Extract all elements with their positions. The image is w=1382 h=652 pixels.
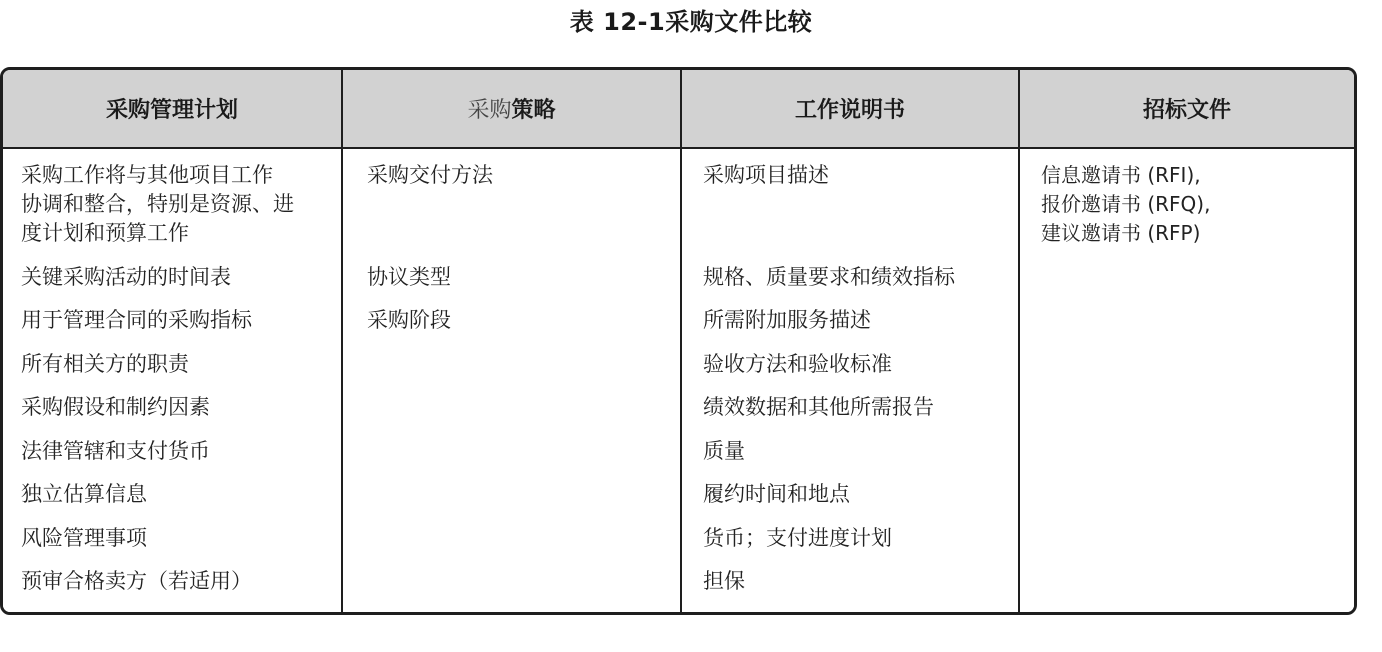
list-item: 采购假设和制约因素 xyxy=(21,393,341,422)
list-item: 绩效数据和其他所需报告 xyxy=(703,393,1018,422)
list-item: 采购阶段 xyxy=(367,306,680,335)
list-item-line: 采购工作将与其他项目工作 xyxy=(21,161,341,190)
header-procurement-strategy: 采购策略 xyxy=(343,70,682,149)
list-item-rfq: 报价邀请书 (RFQ), xyxy=(1041,190,1354,219)
list-item: 法律管辖和支付货币 xyxy=(21,437,341,466)
list-item: 用于管理合同的采购指标 xyxy=(21,306,341,335)
spacer xyxy=(703,248,1018,263)
list-item: 所有相关方的职责 xyxy=(21,350,341,379)
header-label: 采购管理计划 xyxy=(106,93,238,124)
column-statement-of-work: 采购项目描述 规格、质量要求和绩效指标 所需附加服务描述 验收方法和验收标准 绩… xyxy=(682,149,1020,612)
column-procurement-management-plan: 采购工作将与其他项目工作 协调和整合，特别是资源、进 度计划和预算工作 关键采购… xyxy=(3,149,343,612)
list-item: 担保 xyxy=(703,567,1018,596)
list-item: 规格、质量要求和绩效指标 xyxy=(703,263,1018,292)
list-item: 所需附加服务描述 xyxy=(703,306,1018,335)
spacer xyxy=(367,248,680,263)
column-bid-documents: 信息邀请书 (RFI), 报价邀请书 (RFQ), 建议邀请书 (RFP) xyxy=(1020,149,1354,612)
list-item: 独立估算信息 xyxy=(21,480,341,509)
list-item: 质量 xyxy=(703,437,1018,466)
list-item: 预审合格卖方（若适用） xyxy=(21,567,341,596)
list-item: 关键采购活动的时间表 xyxy=(21,263,341,292)
column-procurement-strategy: 采购交付方法 协议类型 采购阶段 xyxy=(343,149,682,612)
table-title: 表 12-1采购文件比较 xyxy=(0,2,1382,37)
list-item-line: 协调和整合，特别是资源、进 xyxy=(21,190,341,219)
header-statement-of-work: 工作说明书 xyxy=(682,70,1020,149)
list-item: 货币；支付进度计划 xyxy=(703,524,1018,553)
spacer xyxy=(703,205,1018,249)
list-item: 采购工作将与其他项目工作 协调和整合，特别是资源、进 度计划和预算工作 xyxy=(21,161,341,248)
list-item: 履约时间和地点 xyxy=(703,480,1018,509)
list-item: 采购交付方法 xyxy=(367,161,680,190)
header-label-prefix: 采购 xyxy=(467,93,511,124)
header-procurement-management-plan: 采购管理计划 xyxy=(3,70,343,149)
header-label: 招标文件 xyxy=(1143,93,1231,124)
spacer xyxy=(367,205,680,249)
header-label: 策略 xyxy=(512,93,556,124)
list-item-line: 度计划和预算工作 xyxy=(21,219,341,248)
list-item-rfi: 信息邀请书 (RFI), xyxy=(1041,161,1354,190)
list-item: 采购项目描述 xyxy=(703,161,1018,190)
list-item: 协议类型 xyxy=(367,263,680,292)
list-item-rfp: 建议邀请书 (RFP) xyxy=(1041,219,1354,248)
header-bid-documents: 招标文件 xyxy=(1020,70,1354,149)
procurement-documents-comparison-table: 采购管理计划 采购策略 工作说明书 招标文件 采购工作将与其他项目工作 协调和整… xyxy=(0,67,1357,615)
list-item: 风险管理事项 xyxy=(21,524,341,553)
list-item: 验收方法和验收标准 xyxy=(703,350,1018,379)
header-label: 工作说明书 xyxy=(795,93,905,124)
